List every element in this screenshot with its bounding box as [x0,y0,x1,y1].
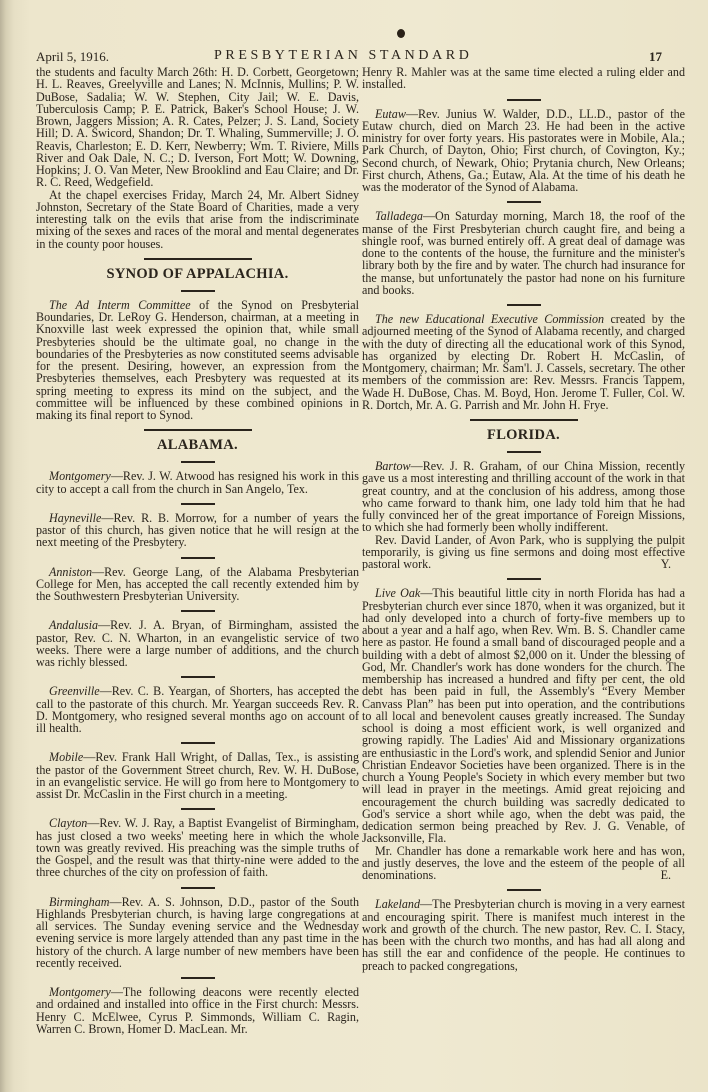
running-head: April 5, 1916. PRESBYTERIAN STANDARD 17 [36,48,662,66]
divider-rule [507,451,541,453]
section-rule [144,258,252,260]
item-text: Rev. David Lander, of Avon Park, who is … [362,533,685,572]
news-item-mobile: Mobile—Rev. Frank Hall Wright, of Dallas… [36,751,359,800]
divider-rule [181,461,215,463]
news-item-birmingham: Birmingham—Rev. A. S. Johnson, D.D., pas… [36,896,359,970]
publication-title: PRESBYTERIAN STANDARD [214,48,472,64]
news-item-montgomery-deacons: Montgomery—The following deacons were re… [36,986,359,1035]
news-item-eutaw: Eutaw—Rev. Junius W. Walder, D.D., LL.D.… [362,108,685,194]
divider-rule [507,889,541,891]
divider-rule [181,977,215,979]
divider-rule [181,742,215,744]
news-item-bartow-cont: Rev. David Lander, of Avon Park, who is … [362,534,685,571]
divider-rule [507,99,541,101]
section-heading-florida: FLORIDA. [362,427,685,443]
item-text: —Rev. J. R. Graham, of our China Mission… [362,459,685,534]
item-text: —This beautiful little city in north Flo… [362,586,685,845]
news-item-live-oak-cont: Mr. Chandler has done a remarkable work … [362,845,685,882]
item-text: of the Synod on Presbyterial Boundaries,… [36,298,359,422]
signature: E. [648,869,671,881]
divider-rule [181,503,215,505]
news-item-andalusia: Andalusia—Rev. J. A. Bryan, of Birmingha… [36,619,359,668]
section-rule [144,429,252,431]
signature: Y. [648,558,671,570]
divider-rule [181,676,215,678]
news-item-lakeland: Lakeland—The Presbyterian church is movi… [362,898,685,972]
item-text: —Rev. A. S. Johnson, D.D., pastor of the… [36,895,359,970]
divider-rule [181,610,215,612]
item-text: created by the adjourned meeting of the … [362,312,685,412]
news-item-live-oak: Live Oak—This beautiful little city in n… [362,587,685,844]
news-item-bartow: Bartow—Rev. J. R. Graham, of our China M… [362,460,685,534]
item-text: Mr. Chandler has done a remarkable work … [362,844,685,883]
section-heading-alabama: ALABAMA. [36,437,359,453]
chapel-paragraph: At the chapel exercises Friday, March 24… [36,189,359,250]
item-text: —Rev. Junius W. Walder, D.D., LL.D., pas… [362,107,685,195]
continued-paragraph: Henry R. Mahler was at the same time ele… [362,66,685,91]
issue-date: April 5, 1916. [36,49,109,65]
right-column: Henry R. Mahler was at the same time ele… [362,66,685,972]
news-item-anniston: Anniston—Rev. George Lang, of the Alabam… [36,566,359,603]
divider-rule [507,201,541,203]
news-item: The Ad Interm Committee of the Synod on … [36,299,359,422]
page-number: 17 [649,49,662,65]
news-item-hayneville: Hayneville—Rev. R. B. Morrow, for a numb… [36,512,359,549]
section-heading-appalachia: SYNOD OF APPALACHIA. [36,266,359,282]
news-item-clayton: Clayton—Rev. W. J. Ray, a Baptist Evange… [36,817,359,878]
divider-rule [507,304,541,306]
divider-rule [181,808,215,810]
left-column: the students and faculty March 26th: H. … [36,66,359,1035]
divider-rule [181,290,215,292]
continued-paragraph: the students and faculty March 26th: H. … [36,66,359,189]
news-item-greenville: Greenville—Rev. C. B. Yeargan, of Shorte… [36,685,359,734]
item-text: —The Presbyterian church is moving in a … [362,897,685,972]
news-item-montgomery: Montgomery—Rev. J. W. Atwood has resigne… [36,470,359,495]
item-text: —Rev. Frank Hall Wright, of Dallas, Tex.… [36,750,359,801]
divider-rule [181,557,215,559]
news-item-educational-commission: The new Educational Executive Commission… [362,313,685,411]
binding-hole-mark [397,29,405,38]
divider-rule [507,578,541,580]
news-item-talladega: Talladega—On Saturday morning, March 18,… [362,210,685,296]
divider-rule [181,887,215,889]
section-rule [470,419,578,421]
item-text: —On Saturday morning, March 18, the roof… [362,209,685,297]
